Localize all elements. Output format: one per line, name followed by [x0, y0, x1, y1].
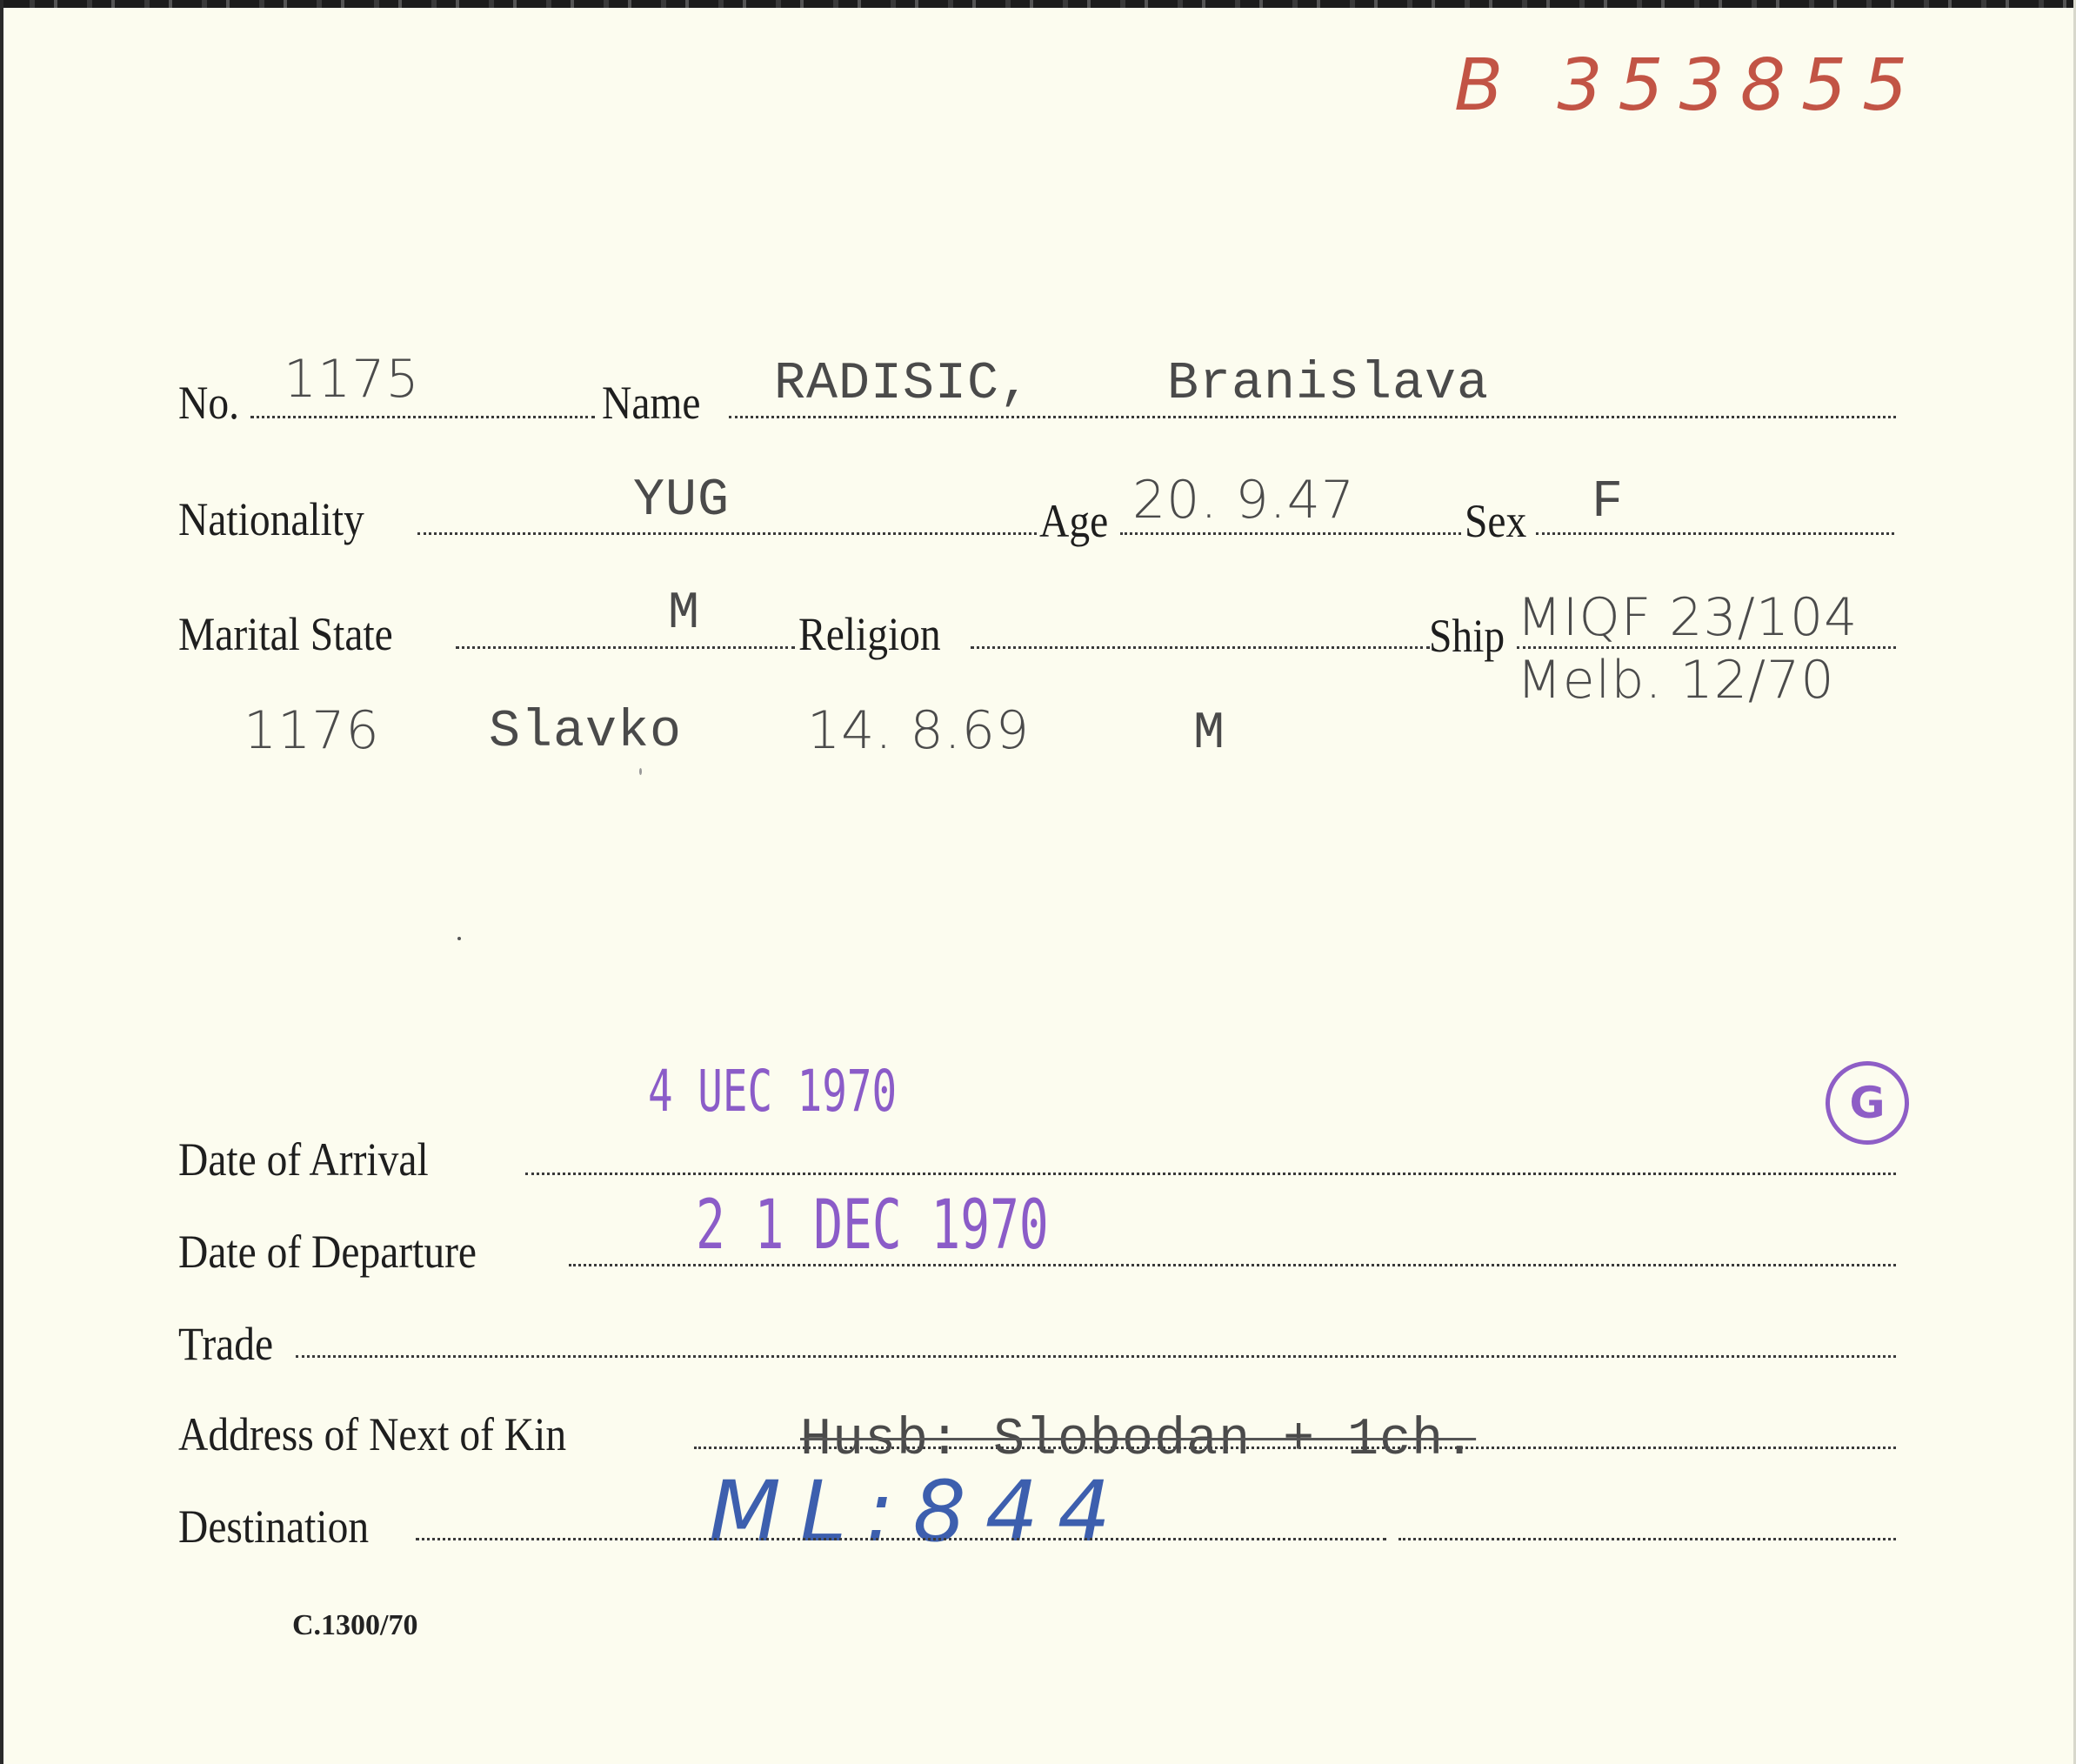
marital-state-rule [456, 646, 795, 649]
no-rule [250, 416, 595, 418]
dependent-sex: M [1193, 708, 1225, 760]
ship-label: Ship [1429, 612, 1505, 659]
paper-speck [639, 768, 642, 775]
form-code: C.1300/70 [292, 1611, 418, 1640]
age-label: Age [1039, 498, 1108, 545]
destination-rule-right [1398, 1538, 1896, 1540]
marital-state-value: M [668, 588, 700, 640]
no-value: 1175 [284, 353, 420, 405]
index-card: B 353855 No. 1175 Name RADISIC, Branisla… [0, 0, 2076, 1764]
paper-speck [457, 937, 461, 940]
card-reference-number: B 353855 [1454, 50, 1923, 122]
date-of-departure-label: Date of Departure [178, 1228, 477, 1275]
name-given: Branislava [1167, 358, 1489, 411]
destination-value: ML:844 [709, 1470, 1130, 1554]
dependent-no: 1176 [244, 705, 380, 757]
departure-date-stamp: 2 1 DEC 1970 [696, 1192, 1049, 1260]
trade-rule [296, 1355, 1896, 1358]
religion-label: Religion [798, 611, 941, 658]
nationality-label: Nationality [178, 496, 364, 543]
card-top-edge [0, 0, 2076, 8]
age-value: 20. 9.47 [1132, 474, 1355, 526]
religion-rule [971, 646, 1430, 649]
date-of-arrival-rule [525, 1173, 1896, 1175]
name-surname: RADISIC, [774, 358, 1031, 411]
card-left-edge [0, 0, 3, 1764]
name-label: Name [602, 379, 700, 426]
date-of-arrival-label: Date of Arrival [178, 1136, 429, 1183]
next-of-kin-label: Address of Next of Kin [178, 1411, 566, 1458]
ship-line-2: Melb. 12/70 [1517, 654, 1835, 706]
nationality-rule [417, 532, 1037, 535]
date-of-departure-rule [569, 1264, 1896, 1266]
age-rule [1120, 532, 1461, 535]
name-rule [729, 416, 1896, 418]
trade-label: Trade [178, 1320, 273, 1367]
g-circle-stamp: G [1826, 1061, 1909, 1145]
nationality-value: YUG [633, 475, 730, 527]
marital-state-label: Marital State [178, 611, 393, 658]
next-of-kin-value: Husb: Slobodan + 1ch. [800, 1414, 1476, 1467]
destination-label: Destination [178, 1503, 369, 1550]
sex-value: F [1592, 477, 1624, 529]
dependent-name: Slavko [489, 706, 682, 758]
dependent-dob: 14. 8.69 [807, 705, 1030, 757]
sex-rule [1536, 532, 1894, 535]
g-letter: G [1849, 1078, 1885, 1128]
destination-rule-left [416, 1538, 1386, 1540]
arrival-date-stamp: 4 UEC 1970 [648, 1063, 897, 1120]
sex-label: Sex [1465, 498, 1526, 545]
ship-line-1: MIQF 23/104 [1517, 591, 1858, 644]
no-label: No. [178, 379, 239, 426]
